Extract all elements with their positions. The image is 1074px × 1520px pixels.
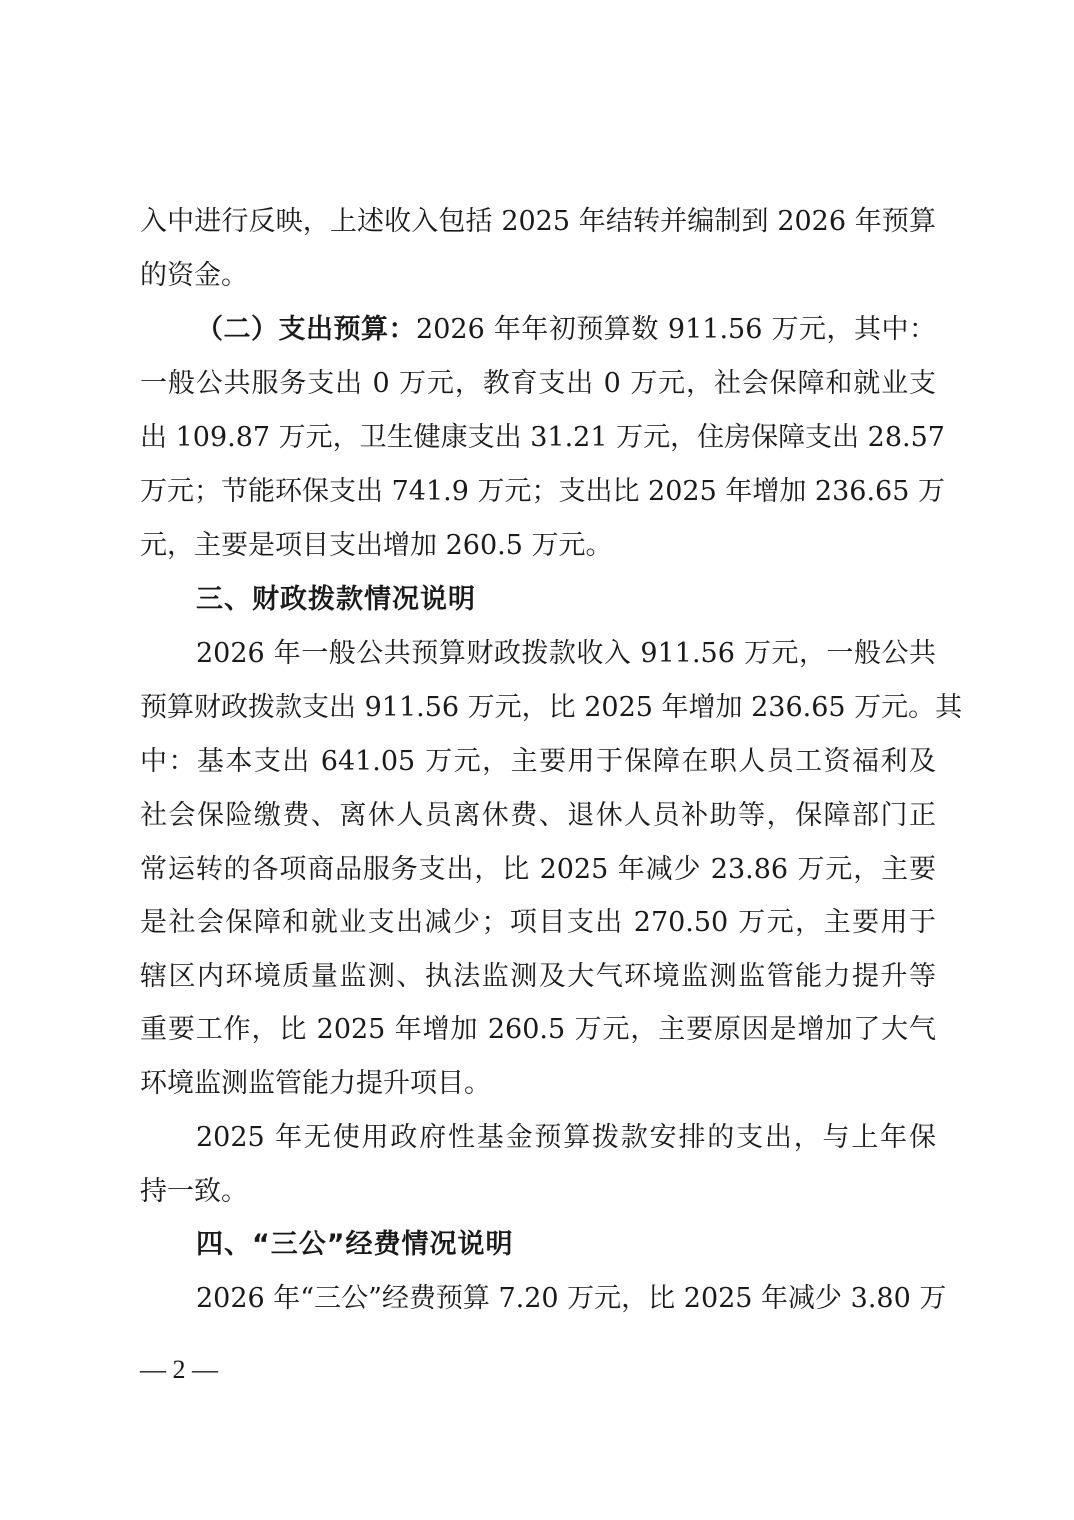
paragraph-line: 社会保险缴费、离休人员离休费、退休人员补助等，保障部门正 [140, 796, 936, 836]
paragraph-line: 2026 年“三公”经费预算 7.20 万元，比 2025 年减少 3.80 万 [196, 1279, 936, 1319]
paragraph-line: 的资金。 [140, 256, 936, 296]
paragraph-line: 预算财政拨款支出 911.56 万元，比 2025 年增加 236.65 万元。… [140, 688, 936, 728]
paragraph-line: 2026 年一般公共预算财政拨款收入 911.56 万元，一般公共 [196, 634, 936, 674]
paragraph-line: 持一致。 [140, 1172, 936, 1212]
section-heading-three-public-expenses: 四、“三公”经费情况说明 [196, 1225, 514, 1265]
paragraph-line: 常运转的各项商品服务支出，比 2025 年减少 23.86 万元，主要 [140, 850, 936, 890]
document-page: 入中进行反映，上述收入包括 2025 年结转并编制到 2026 年预算 的资金。… [0, 0, 1074, 1520]
page-number: — 2 — [140, 1352, 218, 1388]
paragraph-line: 是社会保障和就业支出减少；项目支出 270.50 万元，主要用于 [140, 903, 936, 943]
paragraph-line-expenditure-intro: （二）支出预算：2026 年年初预算数 911.56 万元，其中： [196, 310, 936, 350]
paragraph-line: 重要工作，比 2025 年增加 260.5 万元，主要原因是增加了大气 [140, 1010, 936, 1050]
paragraph-line: 2025 年无使用政府性基金预算拨款安排的支出，与上年保 [196, 1118, 936, 1158]
section-heading-fiscal-appropriation: 三、财政拨款情况说明 [196, 580, 476, 620]
paragraph-line: 中：基本支出 641.05 万元，主要用于保障在职人员工资福利及 [140, 742, 936, 782]
paragraph-text: 2026 年年初预算数 911.56 万元，其中： [416, 314, 936, 345]
paragraph-line: 辖区内环境质量监测、执法监测及大气环境监测监管能力提升等 [140, 957, 936, 997]
paragraph-line: 入中进行反映，上述收入包括 2025 年结转并编制到 2026 年预算 [140, 202, 936, 242]
paragraph-line: 元，主要是项目支出增加 260.5 万元。 [140, 526, 936, 566]
subsection-label: （二）支出预算： [196, 314, 416, 345]
paragraph-line: 出 109.87 万元，卫生健康支出 31.21 万元，住房保障支出 28.57 [140, 418, 936, 458]
paragraph-line: 一般公共服务支出 0 万元，教育支出 0 万元，社会保障和就业支 [140, 364, 936, 404]
paragraph-line: 环境监测监管能力提升项目。 [140, 1064, 936, 1104]
paragraph-line: 万元；节能环保支出 741.9 万元；支出比 2025 年增加 236.65 万 [140, 472, 936, 512]
